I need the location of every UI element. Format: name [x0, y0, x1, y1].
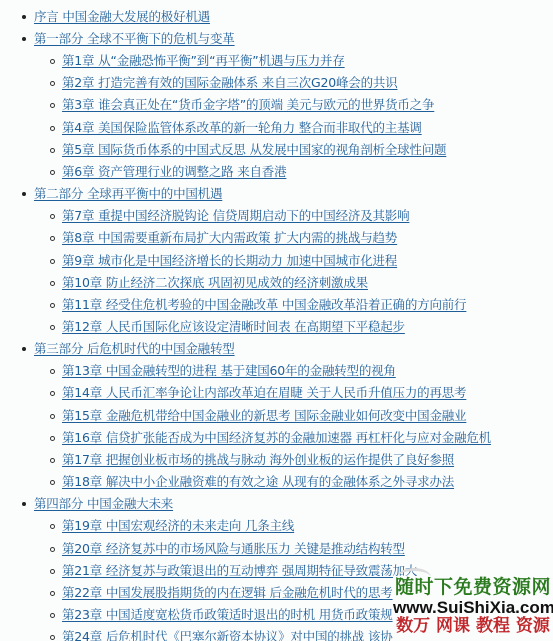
chapter-link[interactable]: 第11章 经受住危机考验的中国金融改革 中国金融改革沿着正确的方向前行	[62, 297, 466, 312]
chapter-item: 第10章 防止经济二次探底 巩固初见成效的经济刺激成果	[62, 272, 491, 294]
chapter-link[interactable]: 第2章 打造完善有效的国际金融体系 来自三次G20峰会的共识	[62, 75, 398, 90]
bullet-circle-icon	[50, 414, 55, 419]
toc-part: 序言 中国金融大发展的极好机遇	[0, 6, 491, 28]
bullet-circle-icon	[50, 480, 55, 485]
chapter-item: 第3章 谁会真正处在“货币金字塔”的顶端 美元与欧元的世界货币之争	[62, 94, 491, 116]
watermark-url: www.SuiShiXia.com	[393, 599, 553, 616]
chapter-item: 第16章 信贷扩张能否成为中国经济复苏的金融加速器 再杠杆化与应对金融危机	[62, 427, 491, 449]
chapter-link[interactable]: 第9章 城市化是中国经济增长的长期动力 加速中国城市化进程	[62, 253, 397, 268]
chapter-list: 第13章 中国金融转型的进程 基于建国60年的金融转型的视角 第14章 人民币汇…	[34, 360, 491, 493]
bullet-disc-icon	[22, 502, 26, 506]
chapter-list: 第7章 重提中国经济脱钩论 信贷周期启动下的中国经济及其影响 第8章 中国需要重…	[34, 205, 491, 338]
chapter-link[interactable]: 第17章 把握创业板市场的挑战与脉动 海外创业板的运作提供了良好参照	[62, 452, 454, 467]
part-link[interactable]: 第一部分 全球不平衡下的危机与变革	[34, 31, 235, 46]
chapter-link[interactable]: 第14章 人民币汇率争论让内部改革迫在眉睫 关于人民币升值压力的再思考	[62, 385, 466, 400]
bullet-circle-icon	[50, 391, 55, 396]
chapter-item: 第5章 国际货币体系的中国式反思 从发展中国家的视角剖析全球性问题	[62, 139, 491, 161]
chapter-item: 第2章 打造完善有效的国际金融体系 来自三次G20峰会的共识	[62, 72, 491, 94]
bullet-disc-icon	[22, 15, 26, 19]
chapter-link[interactable]: 第22章 中国发展股指期货的内在逻辑 后金融危机时代的思考	[62, 585, 393, 600]
bullet-circle-icon	[50, 259, 55, 264]
bullet-circle-icon	[50, 325, 55, 330]
chapter-link[interactable]: 第24章 后危机时代《巴塞尔新资本协议》对中国的挑战 该协议	[62, 629, 405, 641]
chapter-link[interactable]: 第1章 从“金融恐怖平衡”到“再平衡”机遇与压力并存	[62, 53, 345, 68]
chapter-item: 第18章 解决中小企业融资难的有效之途 从现有的金融体系之外寻求办法	[62, 471, 491, 493]
chapter-link[interactable]: 第8章 中国需要重新布局扩大内需政策 扩大内需的挑战与趋势	[62, 230, 397, 245]
bullet-disc-icon	[22, 347, 26, 351]
bullet-circle-icon	[50, 591, 55, 596]
chapter-item: 第1章 从“金融恐怖平衡”到“再平衡”机遇与压力并存	[62, 50, 491, 72]
chapter-item: 第11章 经受住危机考验的中国金融改革 中国金融改革沿着正确的方向前行	[62, 294, 491, 316]
chapter-item: 第12章 人民币国际化应该设定清晰时间表 在高期望下平稳起步	[62, 316, 491, 338]
bullet-circle-icon	[50, 81, 55, 86]
bullet-circle-icon	[50, 524, 55, 529]
chapter-item: 第7章 重提中国经济脱钩论 信贷周期启动下的中国经济及其影响	[62, 205, 491, 227]
bullet-disc-icon	[22, 192, 26, 196]
chapter-link[interactable]: 第7章 重提中国经济脱钩论 信贷周期启动下的中国经济及其影响	[62, 208, 409, 223]
chapter-link[interactable]: 第3章 谁会真正处在“货币金字塔”的顶端 美元与欧元的世界货币之争	[62, 97, 434, 112]
bullet-circle-icon	[50, 170, 55, 175]
bullet-circle-icon	[50, 214, 55, 219]
chapter-list: 第1章 从“金融恐怖平衡”到“再平衡”机遇与压力并存 第2章 打造完善有效的国际…	[34, 50, 491, 183]
chapter-item: 第6章 资产管理行业的调整之路 来自香港	[62, 161, 491, 183]
chapter-link[interactable]: 第4章 美国保险监管体系改革的新一轮角力 整合而非取代的主基调	[62, 120, 422, 135]
bullet-circle-icon	[50, 369, 55, 374]
chapter-link[interactable]: 第18章 解决中小企业融资难的有效之途 从现有的金融体系之外寻求办法	[62, 474, 454, 489]
bullet-circle-icon	[50, 547, 55, 552]
bullet-circle-icon	[50, 569, 55, 574]
toc-part: 第二部分 全球再平衡中的中国机遇 第7章 重提中国经济脱钩论 信贷周期启动下的中…	[0, 183, 491, 338]
watermark-tagline: 数万 网课 教程 资源	[393, 618, 553, 635]
bullet-circle-icon	[50, 59, 55, 64]
watermark: 随时下免费资源网 www.SuiShiXia.com 数万 网课 教程 资源	[393, 576, 553, 641]
part-link[interactable]: 第三部分 后危机时代的中国金融转型	[34, 341, 235, 356]
chapter-item: 第19章 中国宏观经济的未来走向 几条主线	[62, 515, 491, 537]
bullet-circle-icon	[50, 635, 55, 640]
chapter-item: 第17章 把握创业板市场的挑战与脉动 海外创业板的运作提供了良好参照	[62, 449, 491, 471]
bullet-circle-icon	[50, 236, 55, 241]
bullet-circle-icon	[50, 126, 55, 131]
chapter-item: 第9章 城市化是中国经济增长的长期动力 加速中国城市化进程	[62, 250, 491, 272]
chapter-item: 第20章 经济复苏中的市场风险与通胀压力 关键是推动结构转型	[62, 538, 491, 560]
chapter-item: 第14章 人民币汇率争论让内部改革迫在眉睫 关于人民币升值压力的再思考	[62, 382, 491, 404]
bullet-circle-icon	[50, 103, 55, 108]
chapter-link[interactable]: 第15章 金融危机带给中国金融业的新思考 国际金融业如何改变中国金融业	[62, 408, 466, 423]
bullet-circle-icon	[50, 436, 55, 441]
bullet-circle-icon	[50, 303, 55, 308]
chapter-item: 第8章 中国需要重新布局扩大内需政策 扩大内需的挑战与趋势	[62, 227, 491, 249]
bullet-circle-icon	[50, 281, 55, 286]
bullet-circle-icon	[50, 458, 55, 463]
table-of-contents: 序言 中国金融大发展的极好机遇 第一部分 全球不平衡下的危机与变革 第1章 从“…	[0, 6, 491, 641]
part-link[interactable]: 第二部分 全球再平衡中的中国机遇	[34, 186, 222, 201]
chapter-link[interactable]: 第5章 国际货币体系的中国式反思 从发展中国家的视角剖析全球性问题	[62, 142, 446, 157]
bullet-disc-icon	[22, 37, 26, 41]
bullet-circle-icon	[50, 613, 55, 618]
part-link[interactable]: 序言 中国金融大发展的极好机遇	[34, 9, 210, 24]
bullet-circle-icon	[50, 148, 55, 153]
chapter-link[interactable]: 第10章 防止经济二次探底 巩固初见成效的经济刺激成果	[62, 275, 368, 290]
chapter-link[interactable]: 第23章 中国适度宽松货币政策适时退出的时机 用货币政策规	[62, 607, 393, 622]
chapter-link[interactable]: 第16章 信贷扩张能否成为中国经济复苏的金融加速器 再杠杆化与应对金融危机	[62, 430, 491, 445]
chapter-link[interactable]: 第20章 经济复苏中的市场风险与通胀压力 关键是推动结构转型	[62, 541, 405, 556]
chapter-link[interactable]: 第12章 人民币国际化应该设定清晰时间表 在高期望下平稳起步	[62, 319, 405, 334]
chapter-item: 第13章 中国金融转型的进程 基于建国60年的金融转型的视角	[62, 360, 491, 382]
chapter-link[interactable]: 第13章 中国金融转型的进程 基于建国60年的金融转型的视角	[62, 363, 396, 378]
toc-part: 第三部分 后危机时代的中国金融转型 第13章 中国金融转型的进程 基于建国60年…	[0, 338, 491, 493]
toc-part: 第一部分 全球不平衡下的危机与变革 第1章 从“金融恐怖平衡”到“再平衡”机遇与…	[0, 28, 491, 183]
chapter-item: 第4章 美国保险监管体系改革的新一轮角力 整合而非取代的主基调	[62, 117, 491, 139]
part-link[interactable]: 第四部分 中国金融大未来	[34, 496, 173, 511]
chapter-link[interactable]: 第21章 经济复苏与政策退出的互动博弈 强周期特征导致震荡加大	[62, 563, 417, 578]
chapter-link[interactable]: 第19章 中国宏观经济的未来走向 几条主线	[62, 518, 294, 533]
watermark-arc-icon	[397, 568, 431, 587]
chapter-item: 第15章 金融危机带给中国金融业的新思考 国际金融业如何改变中国金融业	[62, 405, 491, 427]
chapter-link[interactable]: 第6章 资产管理行业的调整之路 来自香港	[62, 164, 286, 179]
